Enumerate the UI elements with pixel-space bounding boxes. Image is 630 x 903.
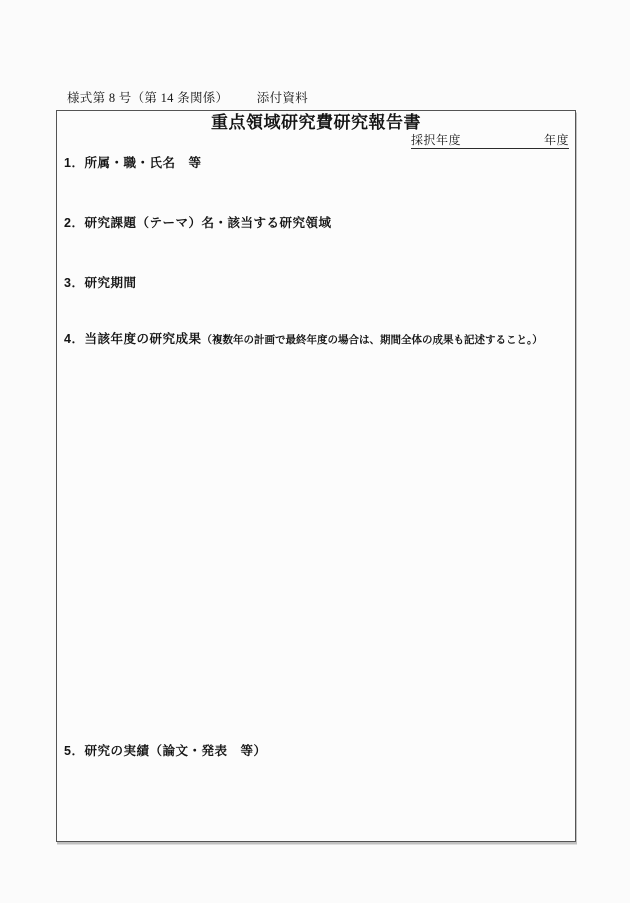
form-header-label: 様式第 8 号（第 14 条関係） 添付資料 xyxy=(67,91,308,106)
adoption-year-suffix: 年度 xyxy=(544,133,569,148)
form-title: 重点領域研究費研究報告書 xyxy=(57,113,575,133)
report-form-box: 重点領域研究費研究報告書 採択年度 年度 1．所属・職・氏名 等 2．研究課題（… xyxy=(56,110,576,842)
adoption-year-label: 採択年度 xyxy=(411,133,461,148)
section-2-label: 2．研究課題（テーマ）名・該当する研究領域 xyxy=(64,216,331,230)
form-number-label: 様式第 8 号（第 14 条関係） xyxy=(67,91,228,105)
attachment-note-label: 添付資料 xyxy=(257,91,308,105)
adoption-year-value xyxy=(461,133,544,148)
section-5-research-achievements: 5．研究の実績（論文・発表 等） xyxy=(64,744,572,760)
section-3-label: 3．研究期間 xyxy=(64,276,136,290)
section-1-affiliation: 1．所属・職・氏名 等 xyxy=(64,156,572,172)
section-4-note: （複数年の計画で最終年度の場合は、期間全体の成果も記述すること。） xyxy=(201,334,542,346)
section-1-label: 1．所属・職・氏名 等 xyxy=(64,156,201,170)
section-5-label: 5．研究の実績（論文・発表 等） xyxy=(64,744,266,758)
document-page: 様式第 8 号（第 14 条関係） 添付資料 重点領域研究費研究報告書 採択年度… xyxy=(0,0,630,903)
section-2-research-topic: 2．研究課題（テーマ）名・該当する研究領域 xyxy=(64,216,572,232)
section-4-research-results: 4．当該年度の研究成果（複数年の計画で最終年度の場合は、期間全体の成果も記述する… xyxy=(64,332,572,348)
adoption-year-field: 採択年度 年度 xyxy=(411,133,569,149)
section-3-research-period: 3．研究期間 xyxy=(64,276,572,292)
section-4-label: 4．当該年度の研究成果 xyxy=(64,332,201,346)
